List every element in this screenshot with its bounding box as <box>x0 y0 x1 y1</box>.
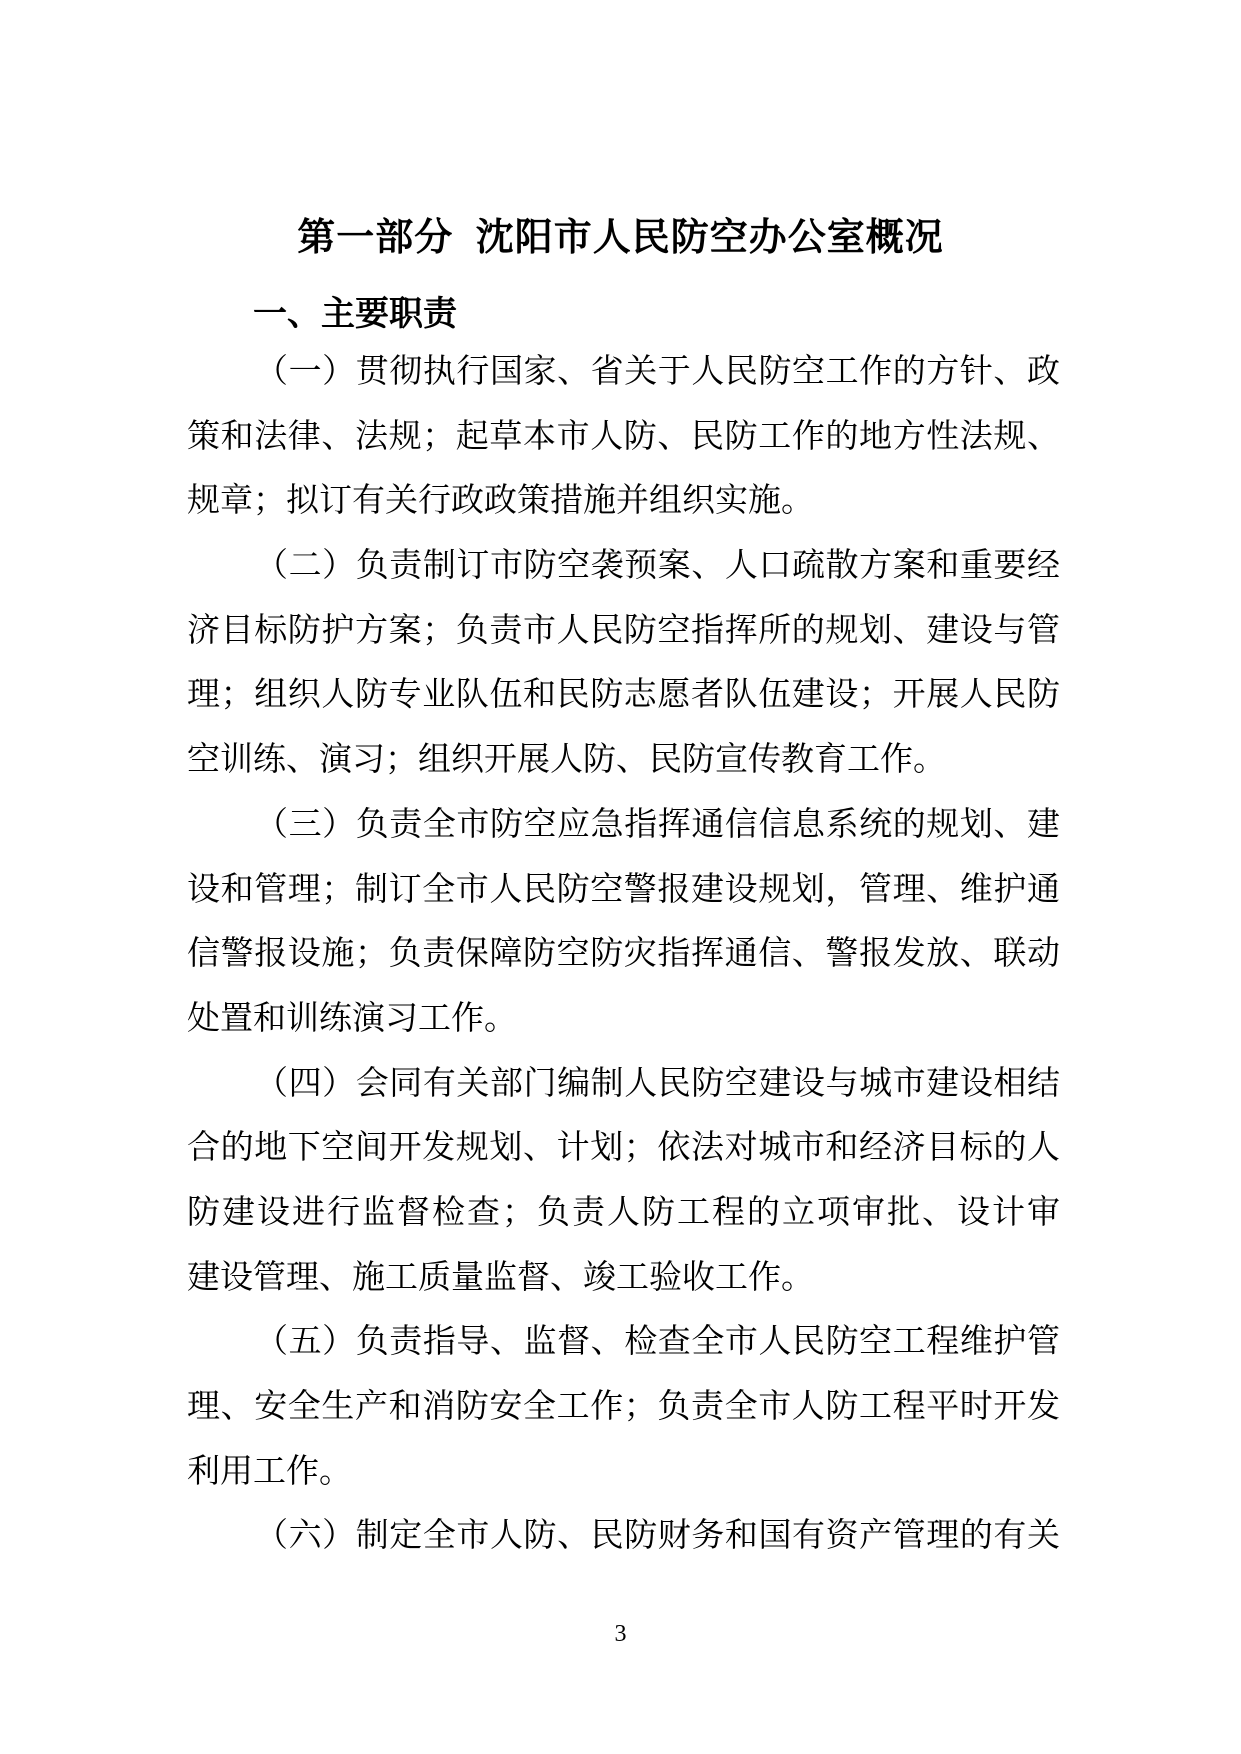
document-title: 第一部分 沈阳市人民防空办公室概况 <box>0 212 1241 264</box>
paragraph-line: 建设管理、施工质量监督、竣工验收工作。 <box>187 1246 1060 1311</box>
paragraph-line: 合的地下空间开发规划、计划；依法对城市和经济目标的人 <box>187 1116 1060 1181</box>
paragraph-line: 策和法律、法规；起草本市人防、民防工作的地方性法规、 <box>187 405 1060 470</box>
paragraph-line: 理；组织人防专业队伍和民防志愿者队伍建设；开展人民防 <box>187 663 1060 728</box>
paragraph-line: 济目标防护方案；负责市人民防空指挥所的规划、建设与管 <box>187 599 1060 664</box>
paragraph-line: 规章；拟订有关行政政策措施并组织实施。 <box>187 469 1060 534</box>
paragraph-line: （四）会同有关部门编制人民防空建设与城市建设相结 <box>187 1052 1060 1117</box>
paragraph-line: 利用工作。 <box>187 1440 1060 1505</box>
paragraph-line: （一）贯彻执行国家、省关于人民防空工作的方针、政 <box>187 340 1060 405</box>
paragraph-line: 空训练、演习；组织开展人防、民防宣传教育工作。 <box>187 728 1060 793</box>
document-page: 第一部分 沈阳市人民防空办公室概况 一、主要职责 （一）贯彻执行国家、省关于人民… <box>0 0 1241 1754</box>
paragraph-line: （六）制定全市人防、民防财务和国有资产管理的有关 <box>187 1504 1060 1569</box>
paragraph-line: 防建设进行监督检查；负责人防工程的立项审批、设计审查、 <box>187 1181 1060 1246</box>
section-heading: 一、主要职责 <box>187 294 1060 334</box>
paragraph-line: （五）负责指导、监督、检查全市人民防空工程维护管 <box>187 1310 1060 1375</box>
paragraph-line: 信警报设施；负责保障防空防灾指挥通信、警报发放、联动 <box>187 922 1060 987</box>
paragraph-line: 理、安全生产和消防安全工作；负责全市人防工程平时开发 <box>187 1375 1060 1440</box>
document-body: （一）贯彻执行国家、省关于人民防空工作的方针、政策和法律、法规；起草本市人防、民… <box>187 340 1060 1569</box>
paragraph-line: （二）负责制订市防空袭预案、人口疏散方案和重要经 <box>187 534 1060 599</box>
paragraph-line: 设和管理；制订全市人民防空警报建设规划，管理、维护通 <box>187 858 1060 923</box>
paragraph-line: 处置和训练演习工作。 <box>187 987 1060 1052</box>
page-number: 3 <box>0 1618 1241 1650</box>
paragraph-line: （三）负责全市防空应急指挥通信信息系统的规划、建 <box>187 793 1060 858</box>
